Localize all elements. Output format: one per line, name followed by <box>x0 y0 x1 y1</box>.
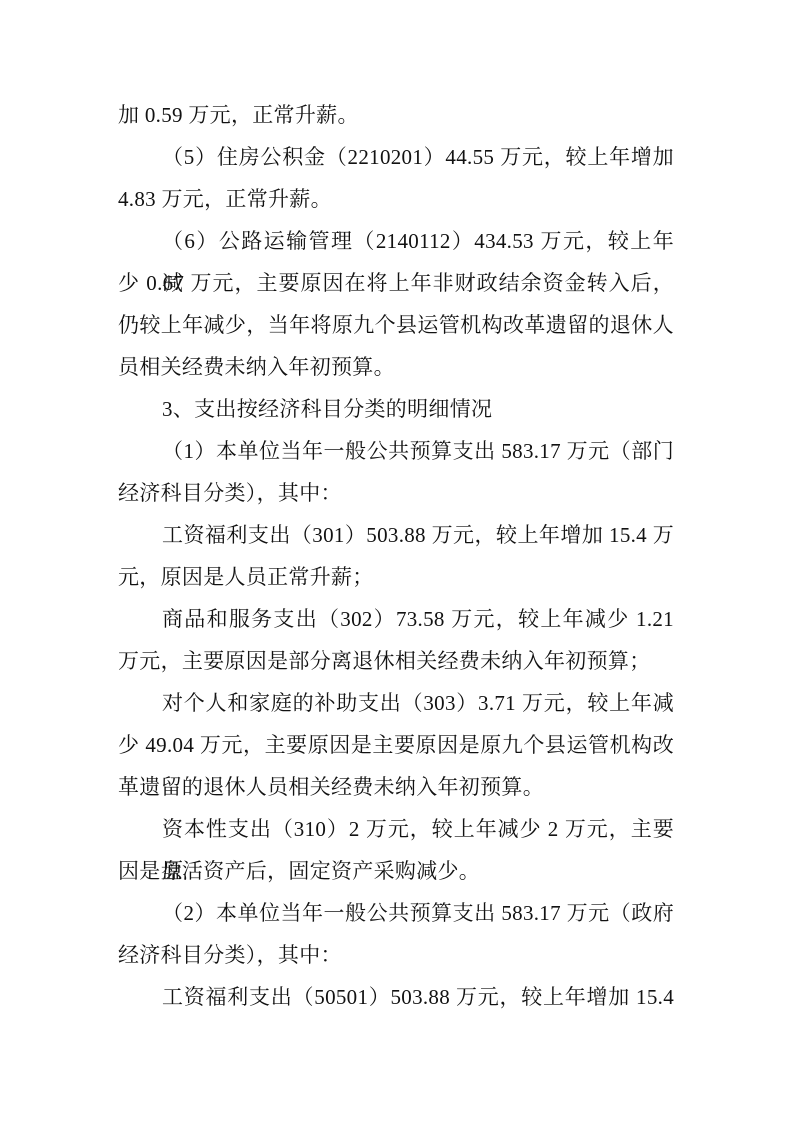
text-line: （1）本单位当年一般公共预算支出 583.17 万元（部门 <box>118 430 674 472</box>
document-page: 加 0.59 万元，正常升薪。（5）住房公积金（2210201）44.55 万元… <box>0 0 793 1122</box>
text-line: 仍较上年减少，当年将原九个县运管机构改革遗留的退休人 <box>118 304 674 346</box>
text-line: 商品和服务支出（302）73.58 万元，较上年减少 1.21 <box>118 598 674 640</box>
text-line: 加 0.59 万元，正常升薪。 <box>118 94 674 136</box>
text-line: 经济科目分类），其中： <box>118 934 674 976</box>
text-line: 元，原因是人员正常升薪； <box>118 556 674 598</box>
text-line: 经济科目分类），其中： <box>118 472 674 514</box>
text-line: 员相关经费未纳入年初预算。 <box>118 346 674 388</box>
text-line: （5）住房公积金（2210201）44.55 万元，较上年增加 <box>118 136 674 178</box>
text-line: 3、支出按经济科目分类的明细情况 <box>118 388 674 430</box>
text-line: 工资福利支出（301）503.88 万元，较上年增加 15.4 万 <box>118 514 674 556</box>
text-line: 资本性支出（310）2 万元，较上年减少 2 万元，主要原 <box>118 808 674 850</box>
text-line: 革遗留的退休人员相关经费未纳入年初预算。 <box>118 766 674 808</box>
document-body: 加 0.59 万元，正常升薪。（5）住房公积金（2210201）44.55 万元… <box>118 94 674 1018</box>
text-line: （2）本单位当年一般公共预算支出 583.17 万元（政府 <box>118 892 674 934</box>
text-line: 万元，主要原因是部分离退休相关经费未纳入年初预算； <box>118 640 674 682</box>
text-line: 少 49.04 万元，主要原因是主要原因是原九个县运管机构改 <box>118 724 674 766</box>
text-line: 4.83 万元，正常升薪。 <box>118 178 674 220</box>
text-line: 因是盘活资产后，固定资产采购减少。 <box>118 850 674 892</box>
text-line: 少 0.67 万元，主要原因在将上年非财政结余资金转入后， <box>118 262 674 304</box>
text-line: （6）公路运输管理（2140112）434.53 万元，较上年减 <box>118 220 674 262</box>
text-line: 对个人和家庭的补助支出（303）3.71 万元，较上年减 <box>118 682 674 724</box>
text-line: 工资福利支出（50501）503.88 万元，较上年增加 15.4 <box>118 976 674 1018</box>
